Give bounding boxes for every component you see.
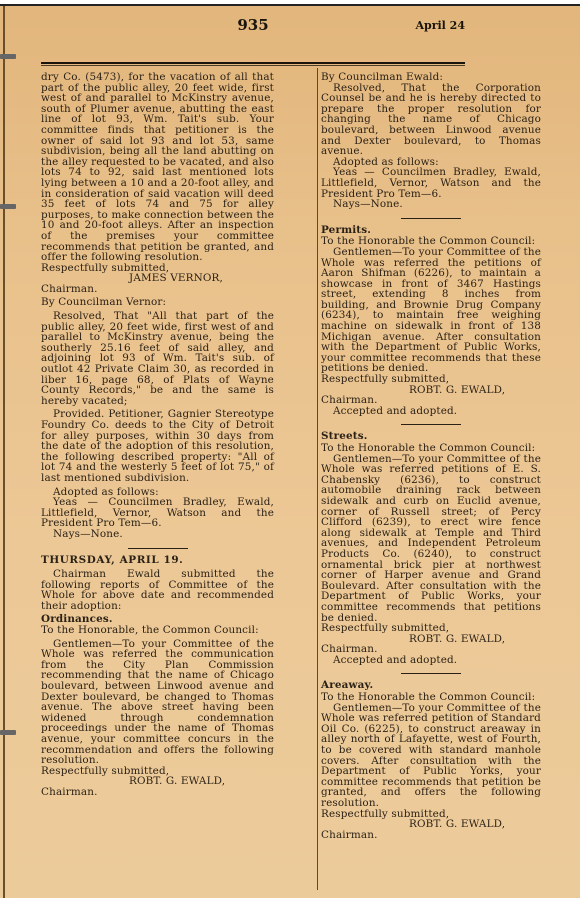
header-rule-thin (41, 65, 465, 66)
column-divider (317, 68, 318, 890)
ordinances-body: Gentlemen—To your Committee of the Whole… (41, 639, 274, 766)
page-number: 935 (41, 16, 465, 34)
page-header: 935 April 24 (41, 13, 465, 47)
document-page: 935 April 24 dry Co. (5473), for the vac… (0, 4, 580, 898)
outcome-text: Accepted and adopted. (321, 406, 541, 417)
left-column: dry Co. (5473), for the vacation of all … (41, 72, 274, 798)
signatory-title: Chairman. (41, 787, 274, 798)
streets-heading: Streets. (321, 431, 541, 442)
outcome-text: Accepted and adopted. (321, 655, 541, 666)
permits-heading: Permits. (321, 225, 541, 236)
areaway-heading: Areaway. (321, 680, 541, 691)
binding-clip-icon (0, 204, 16, 209)
right-column: By Councilman Ewald: Resolved, That the … (321, 72, 541, 840)
salutation: To the Honorable the Common Council: (321, 443, 541, 454)
binding-clip-icon (0, 730, 16, 735)
chairman-intro: Chairman Ewald submitted the following r… (41, 569, 274, 611)
yeas-vote: Yeas — Councilmen Bradley, Ewald, Little… (321, 167, 541, 199)
section-separator (401, 424, 461, 425)
section-separator (128, 548, 188, 549)
signatory-title: Chairman. (321, 830, 541, 841)
header-rule (41, 62, 465, 64)
resolution-text: Resolved, That "All that part of the pub… (41, 311, 274, 406)
section-separator (401, 673, 461, 674)
continued-paragraph: dry Co. (5473), for the vacation of all … (41, 72, 274, 263)
section-separator (401, 218, 461, 219)
resolution-text: Resolved, That the Corporation Counsel b… (321, 83, 541, 157)
nays-vote: Nays—None. (41, 529, 274, 540)
section-date-heading: THURSDAY, APRIL 19. (41, 555, 274, 566)
provided-text: Provided. Petitioner, Gagnier Stereotype… (41, 409, 274, 483)
signatory-title: Chairman. (41, 284, 274, 295)
streets-body: Gentlemen—To your Committee of the Whole… (321, 454, 541, 624)
salutation: To the Honorable, the Common Council: (41, 625, 274, 636)
page-binding-edge (3, 6, 5, 898)
yeas-vote: Yeas — Councilmen Bradley, Ewald, Little… (41, 497, 274, 529)
binding-clip-icon (0, 54, 16, 59)
areaway-body: Gentlemen—To your Committee of the Whole… (321, 703, 541, 809)
ordinances-heading: Ordinances. (41, 614, 274, 625)
permits-body: Gentlemen—To your Committee of the Whole… (321, 247, 541, 374)
by-councilman: By Councilman Vernor: (41, 297, 274, 308)
page-date: April 24 (415, 19, 465, 32)
by-councilman: By Councilman Ewald: (321, 72, 541, 83)
nays-vote: Nays—None. (321, 199, 541, 210)
